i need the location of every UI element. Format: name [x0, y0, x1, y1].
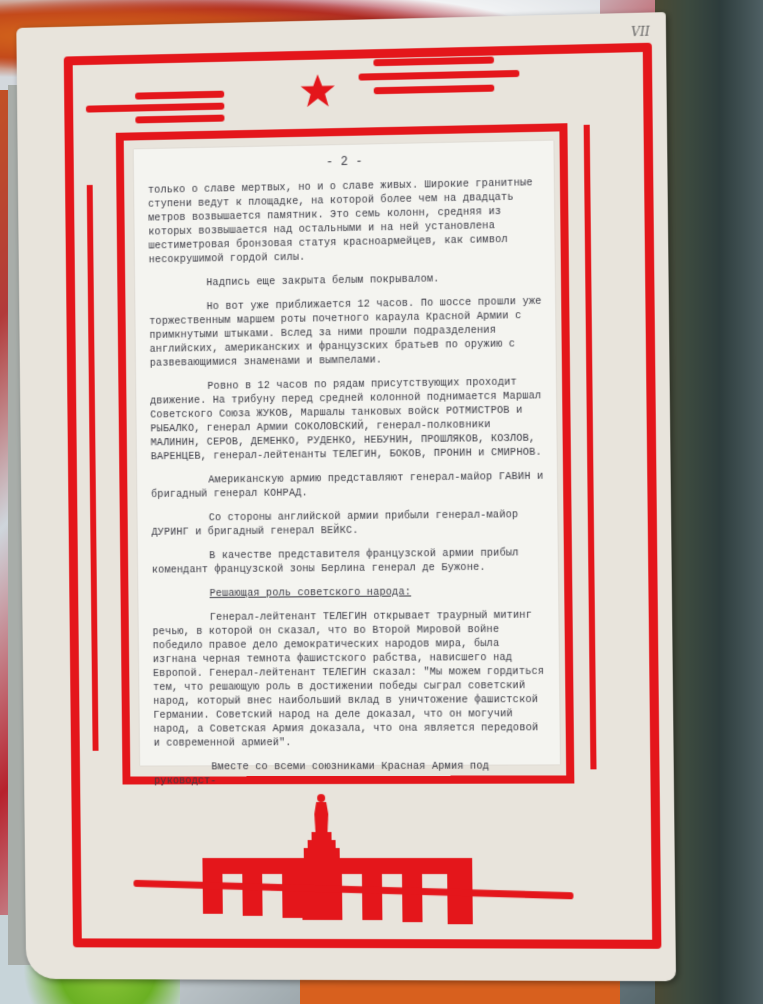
typed-document-sheet: - 2 - только о славе мертвых, но и о сла… [134, 141, 560, 766]
star-icon [300, 72, 336, 109]
album-page: VII - 2 - только о славе мертвых, но и о… [16, 12, 676, 981]
paragraph: только о славе мертвых, но и о славе жив… [148, 177, 545, 268]
monument-icon [202, 790, 483, 931]
paragraph: Но вот уже приближается 12 часов. По шос… [149, 296, 546, 372]
section-heading-text: Решающая роль советского народа: [210, 587, 412, 600]
paragraph: Генерал-лейтенант ТЕЛЕГИН открывает трау… [152, 610, 549, 752]
paragraph: Вместе со всеми союзниками Красная Армия… [154, 760, 550, 789]
page-corner-mark: VII [631, 25, 650, 40]
paragraph: Со стороны английской армии прибыли гене… [151, 509, 547, 541]
paragraph: Американскую армию представляют генерал-… [151, 471, 547, 503]
document-body: - 2 - только о славе мертвых, но и о сла… [148, 151, 551, 799]
page-number: - 2 - [148, 151, 544, 173]
paragraph: В качестве представителя французской арм… [152, 547, 548, 578]
paragraph: Надпись еще закрыта белым покрывалом. [149, 272, 545, 293]
section-heading: Решающая роль советского народа: [152, 585, 548, 602]
paragraph: Ровно в 12 часов по рядам присутствующих… [150, 376, 547, 465]
